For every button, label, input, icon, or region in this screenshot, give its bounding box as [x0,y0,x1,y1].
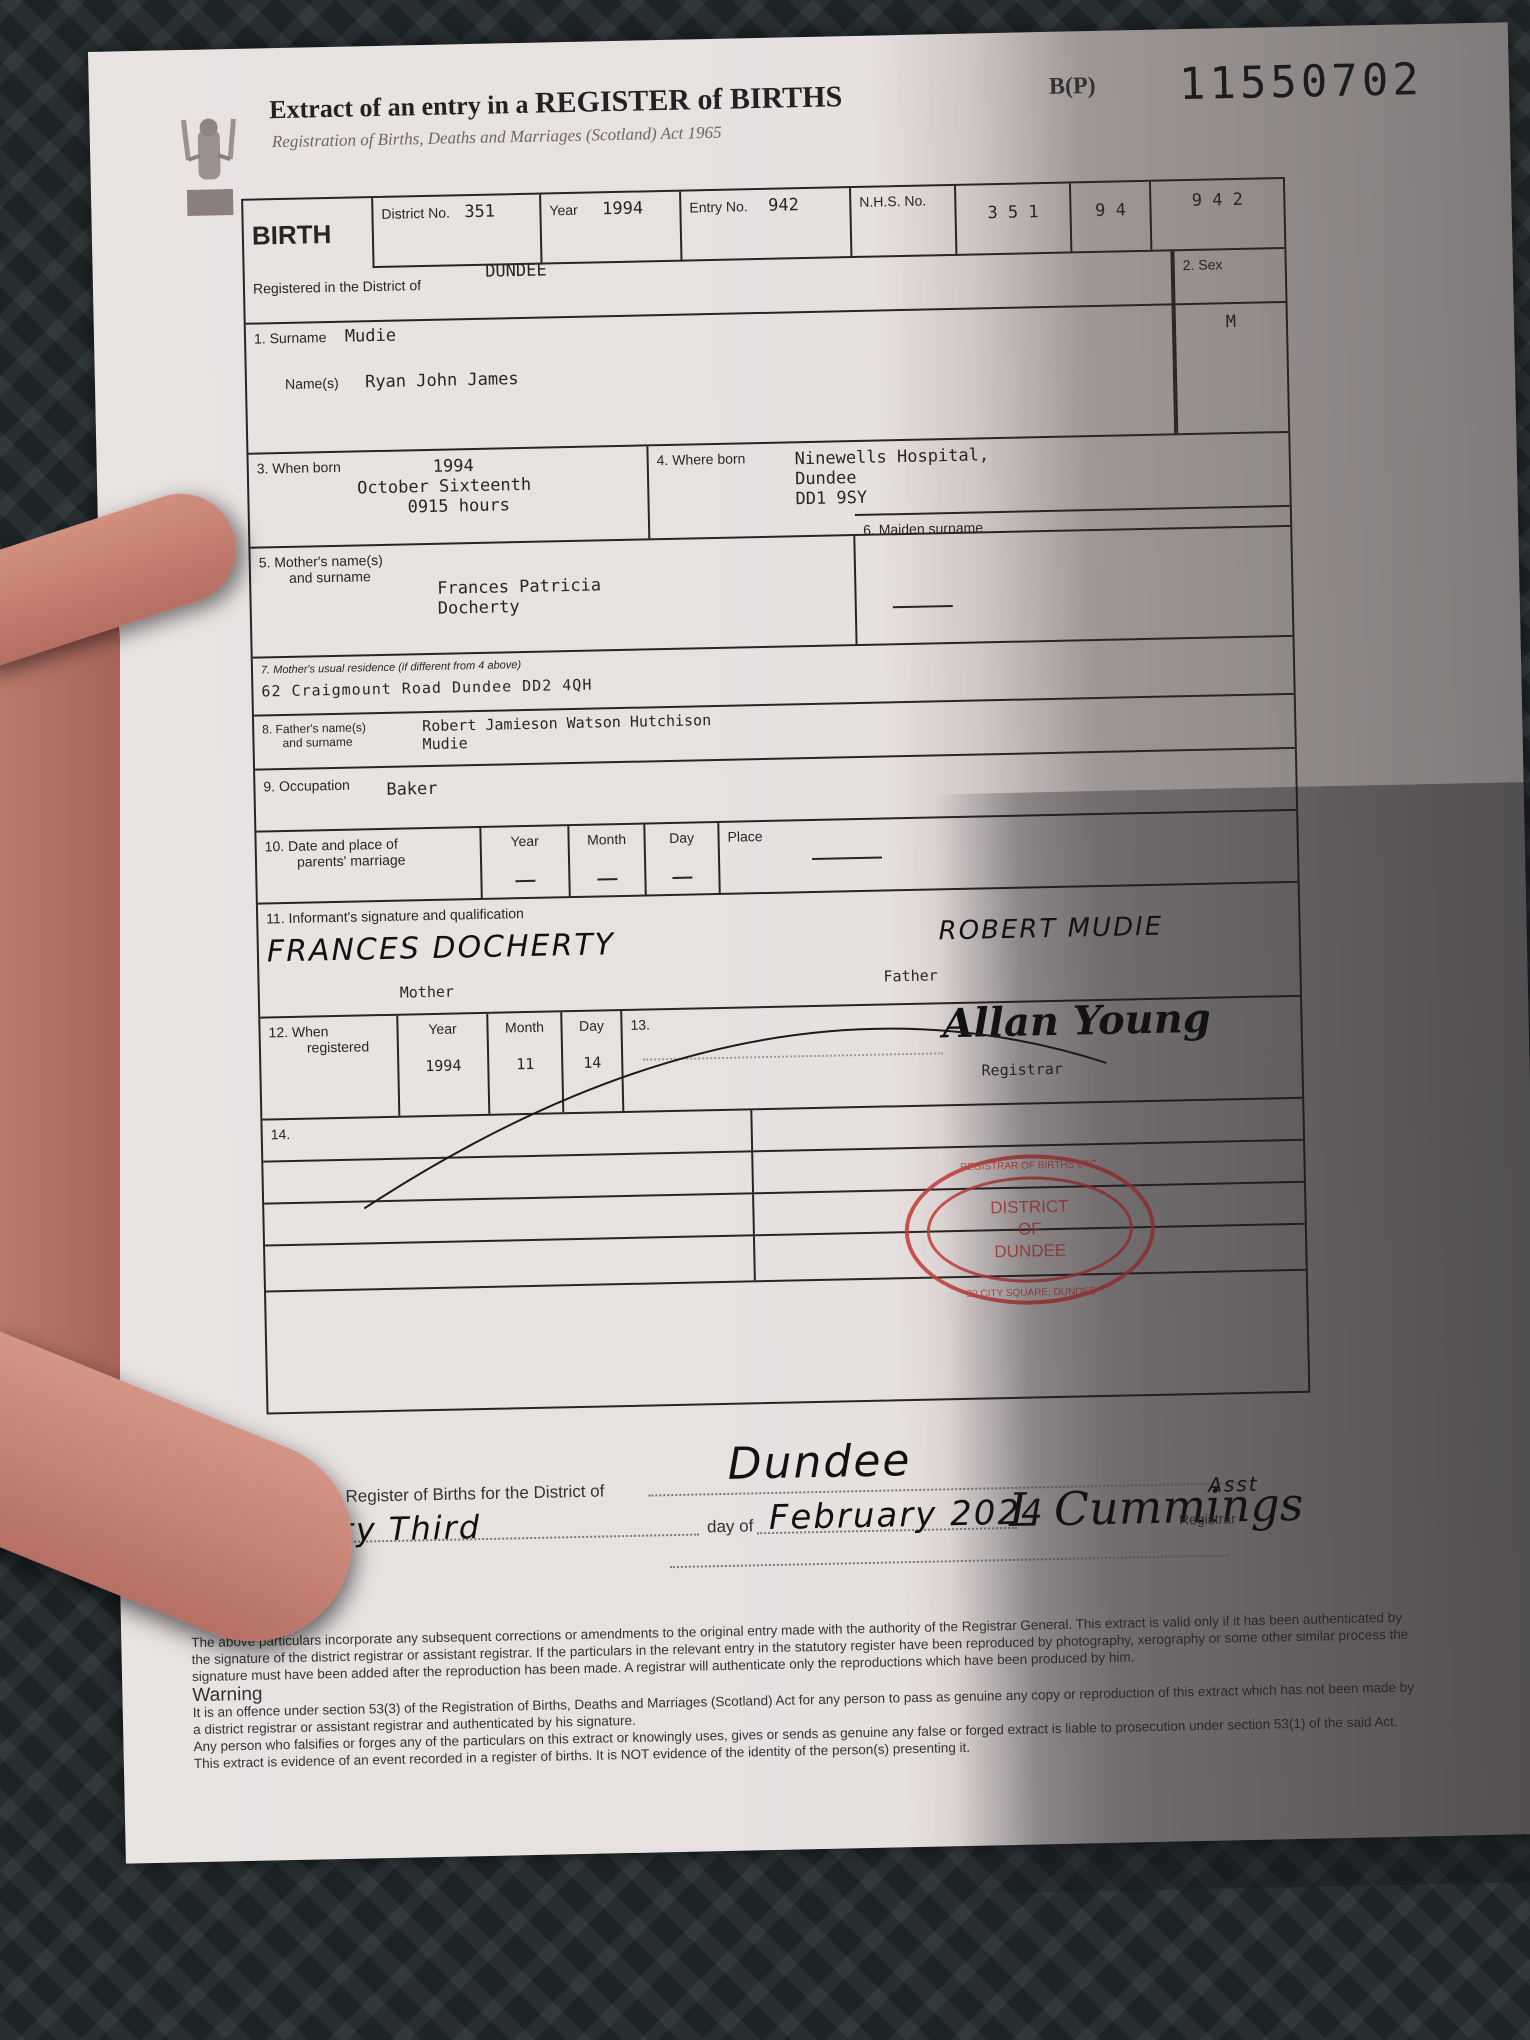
certification-block: m the Register of Births for the Distric… [207,1426,1360,1590]
legal-notice: The above particulars incorporate any su… [191,1608,1424,1772]
document-title: Extract of an entry in a REGISTER of BIR… [269,80,843,126]
hand [0,560,120,1460]
handwritten-month-year: February 2024 [768,1492,1045,1538]
register-entry-form: BIRTH District No. 351 Year 1994 Entry N… [241,177,1310,1415]
serial-number: 11550702 [1178,54,1423,110]
document-subtitle: Registration of Births, Deaths and Marri… [272,123,722,152]
royal-crest-icon [177,109,241,220]
assistant-registrar-signature: L Cummings [1008,1477,1304,1537]
handwritten-district: Dundee [727,1435,912,1490]
form-code: B(P) [1049,73,1096,101]
